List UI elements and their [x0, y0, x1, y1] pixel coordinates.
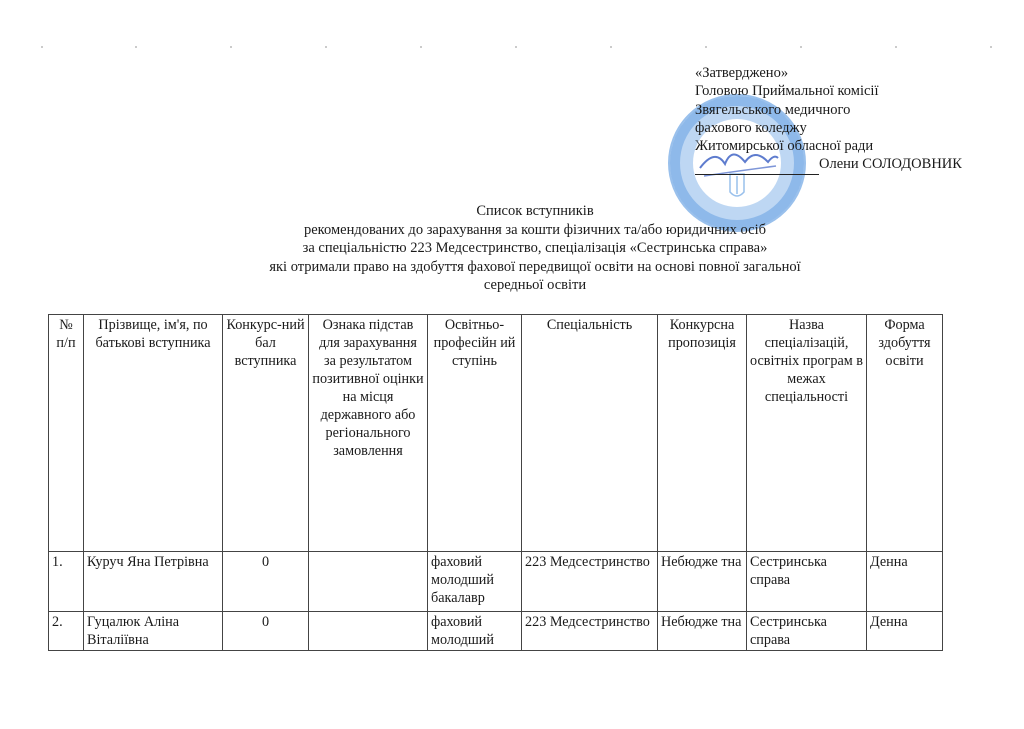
approval-line: Головою Приймальної комісії [695, 82, 962, 100]
table-header-row: № п/п Прізвище, ім'я, по батькові вступн… [49, 315, 943, 552]
cell-basis [309, 612, 428, 651]
approval-block: «Затверджено» Головою Приймальної комісі… [695, 64, 962, 175]
cell-name: Куруч Яна Петрівна [84, 552, 223, 612]
cell-score: 0 [223, 552, 309, 612]
signatory-name: Олени СОЛОДОВНИК [819, 156, 962, 172]
col-header-name: Прізвище, ім'я, по батькові вступника [84, 315, 223, 552]
table-row: 2. Гуцалюк Аліна Віталіївна 0 фаховий мо… [49, 612, 943, 651]
col-header-number: № п/п [49, 315, 84, 552]
cell-form: Денна [867, 612, 943, 651]
cell-specialization: Сестринська справа [747, 552, 867, 612]
signature-underline [695, 155, 819, 174]
title-line: за спеціальністю 223 Медсестринство, спе… [0, 239, 1024, 258]
col-header-score: Конкурс-ний бал вступника [223, 315, 309, 552]
title-heading: Список вступників [0, 202, 1024, 221]
col-header-specialization: Назва спеціалізацій, освітніх програм в … [747, 315, 867, 552]
approval-line: фахового коледжу [695, 119, 962, 137]
applicants-table: № п/п Прізвище, ім'я, по батькові вступн… [48, 314, 943, 651]
approval-line: Житомирської обласної ради [695, 137, 962, 155]
cell-name: Гуцалюк Аліна Віталіївна [84, 612, 223, 651]
cell-offer: Небюдже тна [658, 612, 747, 651]
cell-score: 0 [223, 612, 309, 651]
cell-specialization: Сестринська справа [747, 612, 867, 651]
document-title: Список вступників рекомендованих до зара… [0, 202, 1024, 295]
cell-offer: Небюдже тна [658, 552, 747, 612]
cell-degree: фаховий молодший бакалавр [428, 552, 522, 612]
table-row: 1. Куруч Яна Петрівна 0 фаховий молодший… [49, 552, 943, 612]
cell-basis [309, 552, 428, 612]
cell-specialty: 223 Медсестринство [522, 552, 658, 612]
cell-number: 2. [49, 612, 84, 651]
col-header-specialty: Спеціальність [522, 315, 658, 552]
title-line: які отримали право на здобуття фахової п… [0, 258, 1024, 277]
col-header-form: Форма здобуття освіти [867, 315, 943, 552]
cell-form: Денна [867, 552, 943, 612]
approval-line: «Затверджено» [695, 64, 962, 82]
signature-line: Олени СОЛОДОВНИК [695, 155, 962, 174]
col-header-degree: Освітньо-професійн ий ступінь [428, 315, 522, 552]
title-line: рекомендованих до зарахування за кошти ф… [0, 221, 1024, 240]
cell-degree: фаховий молодший [428, 612, 522, 651]
approval-line: Звягельського медичного [695, 101, 962, 119]
cell-specialty: 223 Медсестринство [522, 612, 658, 651]
col-header-basis: Ознака підстав для зарахування за резуль… [309, 315, 428, 552]
col-header-offer: Конкурсна пропозиція [658, 315, 747, 552]
title-line: середньої освіти [0, 276, 1024, 295]
cell-number: 1. [49, 552, 84, 612]
scan-artifacts [0, 46, 1024, 50]
